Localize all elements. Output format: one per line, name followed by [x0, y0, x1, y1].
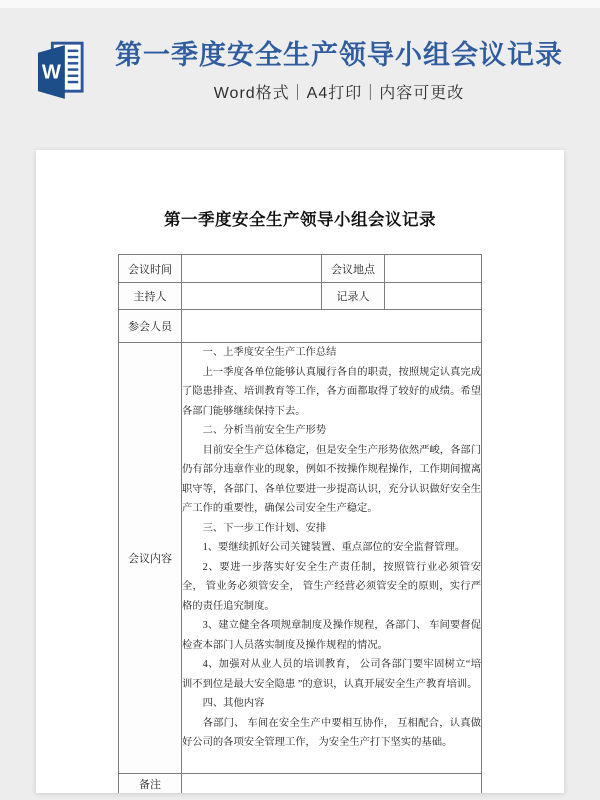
content-paragraph: 四、其他内容	[182, 694, 481, 714]
remarks-label: 备注	[119, 774, 182, 794]
content-paragraph: 3、建立健全各项规章制度及操作规程，各部门、 车间要督促检查本部门人员落实制度及…	[182, 616, 481, 655]
content-paragraph: 各部门、 车间在安全生产中要相互协作， 互相配合，认真做好公司的各项安全管理工作…	[182, 714, 481, 753]
table-row: 主持人 记录人	[119, 283, 482, 310]
header-text-block: 第一季度安全生产领导小组会议记录 Word格式｜A4打印｜内容可更改	[115, 38, 563, 103]
host-value-cell	[182, 283, 322, 310]
word-document-icon: W	[37, 40, 85, 102]
table-row: 会议时间 会议地点	[119, 255, 482, 283]
template-header: W 第一季度安全生产领导小组会议记录 Word格式｜A4打印｜内容可更改	[0, 38, 600, 103]
template-title: 第一季度安全生产领导小组会议记录	[115, 38, 563, 72]
content-paragraph: 目前安全生产总体稳定，但是安全生产形势依然严峻，各部门仍有部分违章作业的现象，例…	[182, 441, 481, 519]
recorder-value-cell	[385, 283, 482, 310]
meeting-place-value-cell	[385, 255, 482, 283]
top-strip	[0, 0, 600, 8]
meeting-time-label: 会议时间	[119, 255, 182, 283]
host-label: 主持人	[119, 283, 182, 310]
content-paragraph: 2、要进一步落实好安全生产责任制，按照管行业必须管安全， 管业务必须管安全， 管…	[182, 558, 481, 617]
content-paragraph: 1、要继续抓好公司关键装置、重点部位的安全监督管理。	[182, 538, 481, 558]
attendees-value-cell	[182, 310, 482, 343]
screen-background: W 第一季度安全生产领导小组会议记录 Word格式｜A4打印｜内容可更改 第一季…	[0, 0, 600, 800]
content-paragraph: 三、下一步工作计划、安排	[182, 519, 481, 539]
content-value-cell: 一、上季度安全生产工作总结 上一季度各单位能够认真履行各自的职责，按照规定认真完…	[182, 343, 482, 774]
template-subtitle: Word格式｜A4打印｜内容可更改	[115, 80, 563, 103]
meeting-time-value-cell	[182, 255, 322, 283]
meeting-place-label: 会议地点	[322, 255, 385, 283]
table-row: 备注	[119, 774, 482, 794]
recorder-label: 记录人	[322, 283, 385, 310]
content-paragraph: 4、加强对从业人员的培训教育， 公司各部门要牢固树立“培训不到位是最大安全隐患 …	[182, 655, 481, 694]
table-row: 参会人员	[119, 310, 482, 343]
attendees-label: 参会人员	[119, 310, 182, 343]
meeting-record-table: 会议时间 会议地点 主持人 记录人 参会人员 会议内容	[118, 254, 482, 793]
content-paragraph: 一、上季度安全生产工作总结	[182, 343, 481, 363]
remarks-value-cell	[182, 774, 482, 794]
content-paragraph: 上一季度各单位能够认真履行各自的职责，按照规定认真完成了隐患排查、培训教育等工作…	[182, 363, 481, 422]
content-paragraph: 二、分析当前安全生产形势	[182, 421, 481, 441]
word-icon-letter: W	[42, 61, 61, 83]
document-title: 第一季度安全生产领导小组会议记录	[36, 210, 564, 230]
document-page: 第一季度安全生产领导小组会议记录 会议时间 会议地点 主持人 记录人	[36, 150, 564, 793]
content-label: 会议内容	[119, 343, 182, 774]
table-row: 会议内容 一、上季度安全生产工作总结 上一季度各单位能够认真履行各自的职责，按照…	[119, 343, 482, 774]
